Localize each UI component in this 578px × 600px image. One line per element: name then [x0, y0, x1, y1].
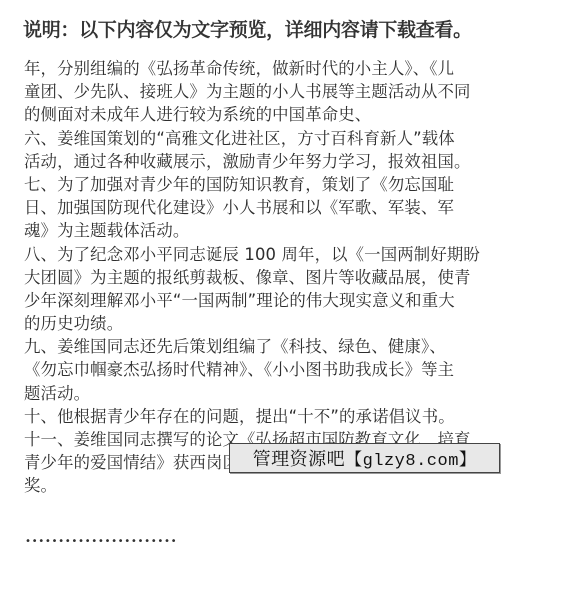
text-line: 六、姜维国策划的“高雅文化进社区，方寸百科育新人”载体	[24, 127, 554, 150]
watermark-label: 管理资源吧	[253, 445, 346, 471]
text-line: 魂》为主题载体活动。	[24, 219, 554, 242]
text-line: 题活动。	[24, 382, 554, 405]
text-line: 童团、少先队、接班人》为主题的小人书展等主题活动从不同	[24, 80, 554, 103]
text-line: 的侧面对未成年人进行较为系统的中国革命史、	[24, 103, 554, 126]
text-line: 七、为了加强对青少年的国防知识教育，策划了《勿忘国耻	[24, 173, 554, 196]
text-line: 少年深刻理解邓小平“一国两制”理论的伟大现实意义和重大	[24, 289, 554, 312]
text-line: 十、他根据青少年存在的问题，提出“十不”的承诺倡议书。	[24, 405, 554, 428]
document-body: 年，分别组编的《弘扬革命传统，做新时代的小主人》、《儿 童团、少先队、接班人》为…	[24, 57, 554, 498]
preview-notice: 说明：以下内容仅为文字预览，详细内容请下载查看。	[23, 17, 472, 43]
text-line: 日、加强国防现代化建设》小人书展和以《军歌、军装、军	[24, 196, 554, 219]
text-line: 九、姜维国同志还先后策划组编了《科技、绿色、健康》、	[24, 335, 554, 358]
text-line: 的历史功绩。	[24, 312, 554, 335]
watermark-url: 【glzy8.com】	[345, 445, 476, 471]
text-line: 活动，通过各种收藏展示，激励青少年努力学习，报效祖国。	[24, 150, 554, 173]
text-line: 大团圆》为主题的报纸剪裁板、像章、图片等收藏品展，使青	[24, 266, 554, 289]
text-line: 奖。	[24, 474, 554, 497]
continuation-dots: •••••••••••••••••••••••	[25, 537, 177, 547]
watermark-badge: 管理资源吧 【glzy8.com】	[229, 443, 500, 473]
text-line: 《勿忘巾帼豪杰弘扬时代精神》、《小小图书助我成长》等主	[24, 358, 554, 381]
text-line: 年，分别组编的《弘扬革命传统，做新时代的小主人》、《儿	[24, 57, 554, 80]
text-line: 八、为了纪念邓小平同志诞辰 100 周年，以《一国两制好期盼	[24, 243, 554, 266]
